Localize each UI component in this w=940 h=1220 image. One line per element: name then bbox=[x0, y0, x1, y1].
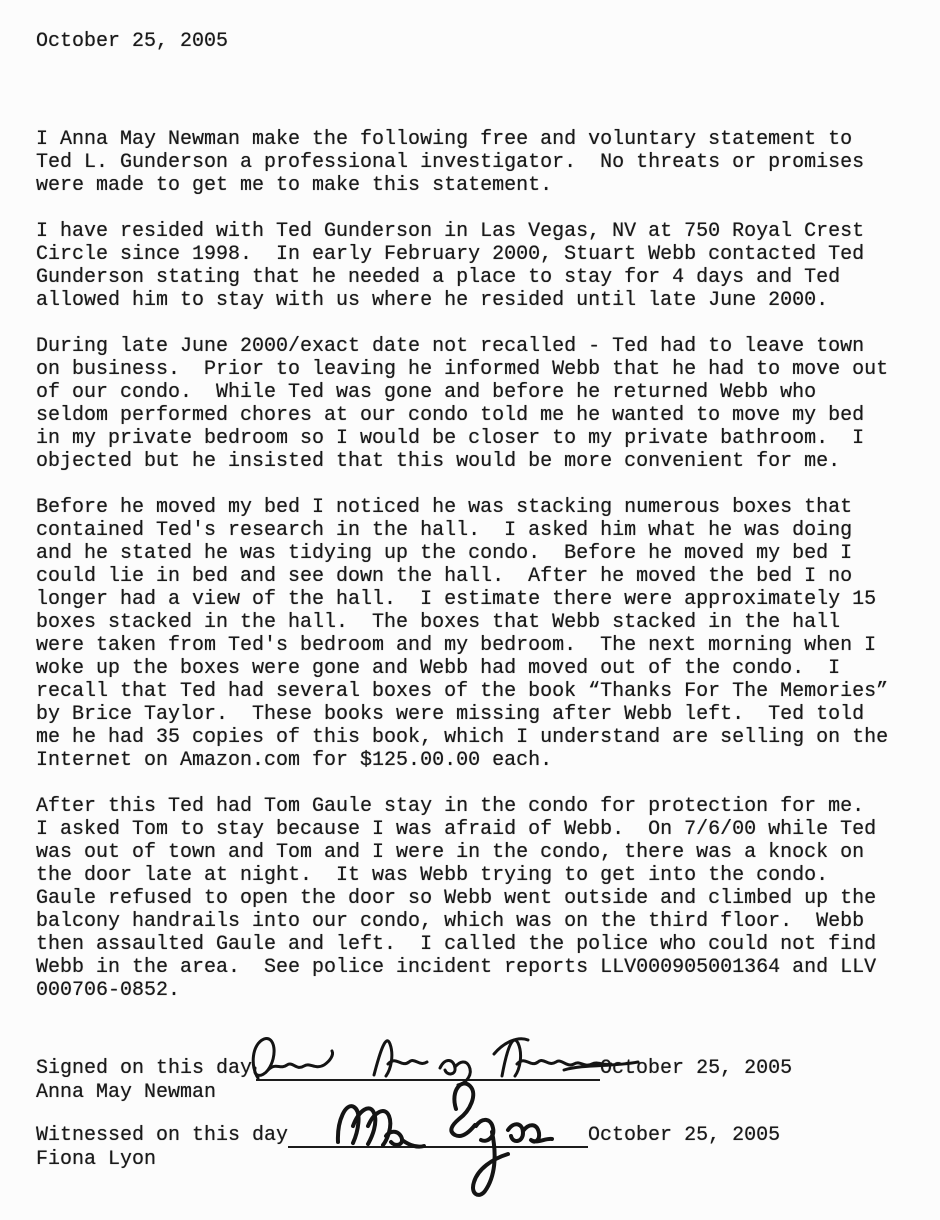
signer-name: Anna May Newman bbox=[36, 1081, 904, 1105]
statement-paragraph-boxes: Before he moved my bed I noticed he was … bbox=[36, 496, 904, 772]
statement-body: I Anna May Newman make the following fre… bbox=[36, 128, 904, 1002]
witnessed-block: Witnessed on this day bbox=[36, 1124, 904, 1172]
document-date: October 25, 2005 bbox=[36, 30, 904, 54]
scanned-statement-page: { "document": { "date": "October 25, 200… bbox=[0, 0, 940, 1220]
signature-line bbox=[288, 1124, 588, 1148]
statement-paragraph-residence: I have resided with Ted Gunderson in Las… bbox=[36, 220, 904, 312]
signature-section: Signed on this day bbox=[36, 1057, 904, 1172]
signature-line bbox=[256, 1057, 600, 1081]
witness-name: Fiona Lyon bbox=[36, 1148, 904, 1172]
witnessed-label: Witnessed on this day bbox=[36, 1124, 288, 1148]
handwritten-signature-anna bbox=[242, 1024, 650, 1088]
statement-paragraph-intro: I Anna May Newman make the following fre… bbox=[36, 128, 904, 197]
signed-row: Signed on this day bbox=[36, 1057, 904, 1081]
signed-label: Signed on this day bbox=[36, 1057, 252, 1081]
statement-paragraph-incident: After this Ted had Tom Gaule stay in the… bbox=[36, 795, 904, 1002]
signed-block: Signed on this day bbox=[36, 1057, 904, 1105]
signed-date: October 25, 2005 bbox=[600, 1057, 792, 1081]
statement-document: October 25, 2005 I Anna May Newman make … bbox=[0, 0, 940, 1220]
witnessed-row: Witnessed on this day bbox=[36, 1124, 904, 1148]
witnessed-date: October 25, 2005 bbox=[588, 1124, 780, 1148]
statement-paragraph-bed-move: During late June 2000/exact date not rec… bbox=[36, 335, 904, 473]
